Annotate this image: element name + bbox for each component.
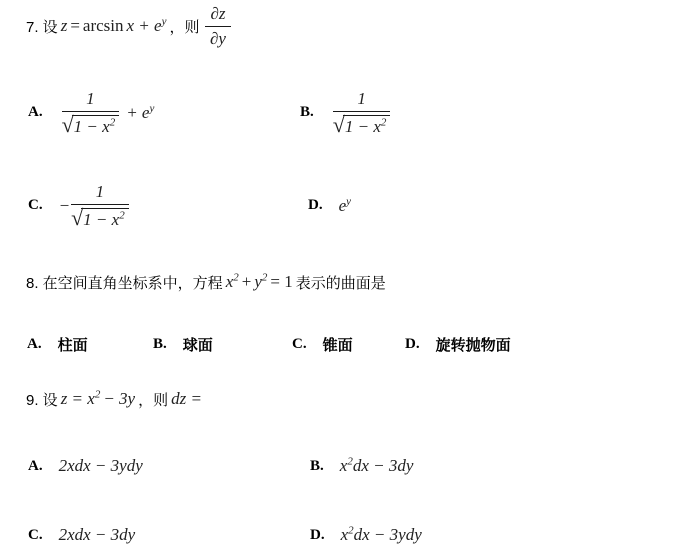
- q9-option-a: A. 2xdx − 3ydy: [28, 452, 143, 480]
- question-7-stem: 7. 设 z = arcsin x + ey ，则 ∂z ∂y: [26, 4, 234, 48]
- partial-derivative-fraction: ∂z ∂y: [205, 4, 230, 49]
- radicand-body: 1 − x: [74, 117, 110, 136]
- q8-option-c: C. 锥面: [292, 333, 353, 355]
- option-label: B.: [310, 458, 324, 475]
- formula-base: x: [341, 525, 349, 544]
- option-text: 旋转抛物面: [436, 334, 511, 355]
- fraction: 1 √1 − x2: [333, 89, 391, 137]
- radicand-exponent: 2: [110, 116, 116, 128]
- term-exponent: 2: [262, 271, 268, 283]
- fraction: 1 √1 − x2: [71, 182, 129, 230]
- fraction-numerator: 1: [62, 89, 120, 112]
- tail-exponent: y: [149, 102, 154, 114]
- option-text: 球面: [183, 334, 213, 355]
- option-label: D.: [308, 197, 323, 214]
- q8-equals-one: = 1: [270, 272, 292, 292]
- plus-sign: +: [242, 272, 252, 292]
- q9-equation-left: z = x2: [61, 389, 101, 409]
- question-8-stem: 8. 在空间直角坐标系中，方程 x2 + y2 = 1 表示的曲面是: [26, 268, 386, 296]
- option-label: D.: [310, 527, 325, 544]
- question-8-text-end: 表示的曲面是: [296, 272, 386, 293]
- q7-option-d: D. ey: [308, 178, 351, 233]
- question-9-stem: 9. 设 z = x2 − 3y ，则 dz =: [26, 386, 202, 412]
- q8-option-d: D. 旋转抛物面: [405, 333, 511, 355]
- option-text: 柱面: [58, 334, 88, 355]
- q7-var: z: [61, 16, 68, 36]
- q9-option-d: D. x2dx − 3ydy: [310, 521, 422, 549]
- option-label: A.: [27, 336, 42, 353]
- fraction-numerator: ∂z: [205, 4, 230, 27]
- term-exponent: 2: [95, 388, 101, 400]
- q8-term-1: x2: [226, 272, 239, 292]
- option-formula: 2xdx − 3dy: [59, 525, 136, 545]
- formula-base: e: [339, 196, 347, 215]
- option-a-tail: + ey: [126, 103, 154, 123]
- radicand: 1 − x2: [72, 115, 120, 136]
- q8-term-2: y2: [254, 272, 267, 292]
- radicand: 1 − x2: [343, 115, 391, 136]
- q7-expr-exponent: y: [162, 15, 167, 27]
- option-label: B.: [153, 336, 167, 353]
- fraction-numerator: 1: [333, 89, 391, 112]
- q8-option-b: B. 球面: [153, 333, 213, 355]
- q7-expression: x + ey: [127, 16, 167, 36]
- option-label: B.: [300, 104, 314, 121]
- term-exponent: 2: [233, 271, 239, 283]
- q8-option-a: A. 柱面: [27, 333, 88, 355]
- q7-then-text: ，则: [169, 16, 199, 37]
- option-label: A.: [28, 458, 43, 475]
- radicand-exponent: 2: [381, 116, 387, 128]
- term-base: y: [254, 272, 262, 291]
- option-label: C.: [292, 336, 307, 353]
- fraction-denominator: √1 − x2: [62, 112, 120, 137]
- q7-option-a: A. 1 √1 − x2 + ey: [28, 85, 154, 140]
- q7-function: arcsin: [83, 16, 124, 36]
- option-label: C.: [28, 197, 43, 214]
- fraction: 1 √1 − x2: [62, 89, 120, 137]
- tail-body: + e: [126, 103, 149, 122]
- q7-expr-body: x + e: [127, 16, 162, 35]
- option-label: D.: [405, 336, 420, 353]
- fraction-denominator: √1 − x2: [71, 205, 129, 230]
- minus-sign: −: [59, 196, 70, 216]
- formula-exponent: y: [346, 195, 351, 207]
- q9-differential: dz =: [171, 389, 202, 409]
- option-label: A.: [28, 104, 43, 121]
- radicand-body: 1 − x: [83, 210, 119, 229]
- fraction-numerator: 1: [71, 182, 129, 205]
- q9-equation-right: − 3y: [103, 389, 135, 409]
- q9-option-c: C. 2xdx − 3dy: [28, 521, 135, 549]
- term-base: z = x: [61, 389, 95, 408]
- document-page: 7. 设 z = arcsin x + ey ，则 ∂z ∂y A. 1 √1 …: [0, 0, 700, 552]
- q9-then-text: ，则: [138, 389, 168, 410]
- option-text: 锥面: [323, 334, 353, 355]
- q7-option-c: C. − 1 √1 − x2: [28, 178, 132, 233]
- question-8-text: 8. 在空间直角坐标系中，方程: [26, 272, 223, 293]
- formula-rest: dx − 3dy: [353, 456, 414, 475]
- q9-option-b: B. x2dx − 3dy: [310, 452, 413, 480]
- formula-rest: dx − 3ydy: [354, 525, 422, 544]
- formula-base: 2xdx − 3dy: [59, 525, 136, 544]
- question-7-number-text: 7. 设: [26, 16, 58, 37]
- radicand: 1 − x2: [81, 208, 129, 229]
- radicand-body: 1 − x: [345, 117, 381, 136]
- question-9-number-text: 9. 设: [26, 389, 58, 410]
- option-formula: x2dx − 3dy: [340, 456, 414, 476]
- formula-base: 2xdx − 3ydy: [59, 456, 143, 475]
- q7-equals: =: [70, 16, 80, 36]
- option-formula: x2dx − 3ydy: [341, 525, 422, 545]
- radicand-exponent: 2: [119, 209, 125, 221]
- option-formula: 2xdx − 3ydy: [59, 456, 143, 476]
- fraction-denominator: √1 − x2: [333, 112, 391, 137]
- option-d-formula: ey: [339, 196, 351, 216]
- fraction-denominator: ∂y: [205, 27, 230, 49]
- option-label: C.: [28, 527, 43, 544]
- q7-option-b: B. 1 √1 − x2: [300, 85, 393, 140]
